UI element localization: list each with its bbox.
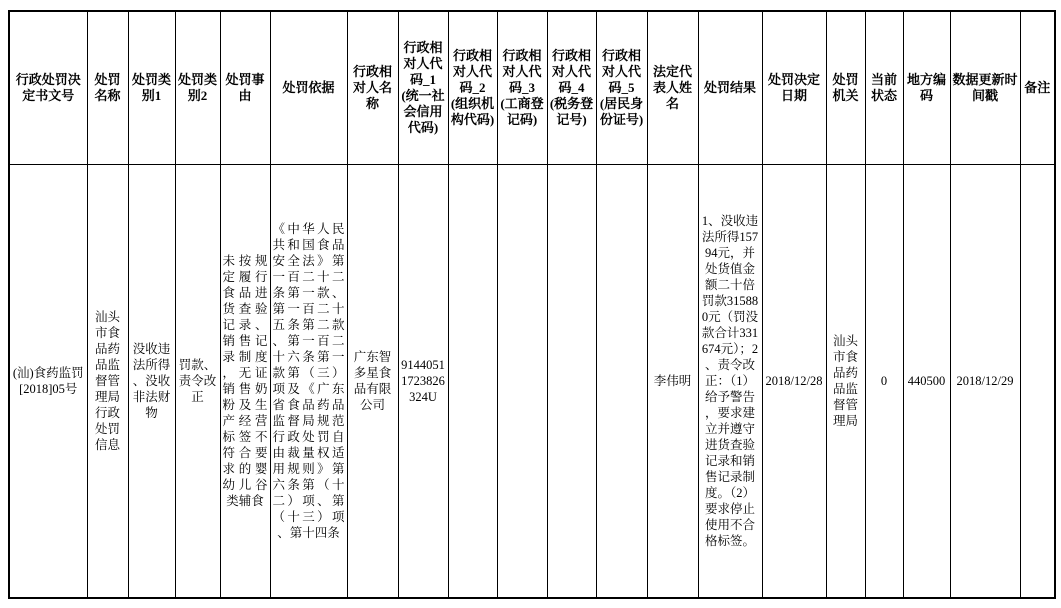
- cell-current-status: 0: [865, 165, 903, 599]
- cell-authority: 汕头市食品药品监督管理局: [826, 165, 865, 599]
- col-header-penalty-type1: 处罚类别1: [128, 11, 175, 165]
- col-header-authority: 处罚机关: [826, 11, 865, 165]
- col-header-penalty-name: 处罚名称: [87, 11, 128, 165]
- col-header-party-name: 行政相对人名称: [347, 11, 398, 165]
- cell-remark: [1020, 165, 1055, 599]
- col-header-update-time: 数据更新时间戳: [950, 11, 1020, 165]
- col-header-decision-date: 处罚决定日期: [762, 11, 826, 165]
- cell-party-code1: 91440511723826324U: [398, 165, 448, 599]
- table-row: (汕)食药监罚[2018]05号 汕头市食品药品监督管理局行政处罚信息 没收违法…: [9, 165, 1055, 599]
- penalty-record-table: 行政处罚决定书文号 处罚名称 处罚类别1 处罚类别2 处罚事由 处罚依据 行政相…: [8, 10, 1056, 599]
- cell-party-code5: [596, 165, 647, 599]
- col-header-current-status: 当前状态: [865, 11, 903, 165]
- col-header-penalty-basis: 处罚依据: [270, 11, 347, 165]
- header-row: 行政处罚决定书文号 处罚名称 处罚类别1 处罚类别2 处罚事由 处罚依据 行政相…: [9, 11, 1055, 165]
- cell-party-name: 广东智多星食品有限公司: [347, 165, 398, 599]
- col-header-decision-doc-no: 行政处罚决定书文号: [9, 11, 87, 165]
- cell-legal-rep: 李伟明: [647, 165, 698, 599]
- cell-penalty-name: 汕头市食品药品监督管理局行政处罚信息: [87, 165, 128, 599]
- cell-decision-date: 2018/12/28: [762, 165, 826, 599]
- col-header-penalty-type2: 处罚类别2: [175, 11, 220, 165]
- cell-party-code3: [497, 165, 547, 599]
- col-header-party-code3: 行政相对人代码_3 (工商登记码): [497, 11, 547, 165]
- col-header-region-code: 地方编码: [903, 11, 950, 165]
- col-header-party-code1: 行政相对人代码_1 (统一社会信用代码): [398, 11, 448, 165]
- cell-region-code: 440500: [903, 165, 950, 599]
- cell-decision-doc-no: (汕)食药监罚[2018]05号: [9, 165, 87, 599]
- cell-result: 1、没收违法所得15794元，并处货值金额二十倍罚款315880元（罚没款合计3…: [698, 165, 762, 599]
- cell-party-code4: [547, 165, 596, 599]
- cell-penalty-basis: 《中华人民共和国食品安全法》第一百二十二条第一款、第一百二十五条第二款、第一百二…: [270, 165, 347, 599]
- col-header-remark: 备注: [1020, 11, 1055, 165]
- col-header-party-code2: 行政相对人代码_2 (组织机构代码): [448, 11, 497, 165]
- cell-penalty-type1: 没收违法所得、没收非法财物: [128, 165, 175, 599]
- col-header-legal-rep: 法定代表人姓名: [647, 11, 698, 165]
- cell-penalty-type2: 罚款、责令改正: [175, 165, 220, 599]
- col-header-party-code4: 行政相对人代码_4 (税务登记号): [547, 11, 596, 165]
- cell-party-code2: [448, 165, 497, 599]
- col-header-penalty-reason: 处罚事由: [220, 11, 270, 165]
- col-header-result: 处罚结果: [698, 11, 762, 165]
- col-header-party-code5: 行政相对人代码_5 (居民身份证号): [596, 11, 647, 165]
- cell-update-time: 2018/12/29: [950, 165, 1020, 599]
- cell-penalty-reason: 未按规定履行食品进货查验记录、销售记录制度，无证销售奶粉及生产经营标签不符合要求…: [220, 165, 270, 599]
